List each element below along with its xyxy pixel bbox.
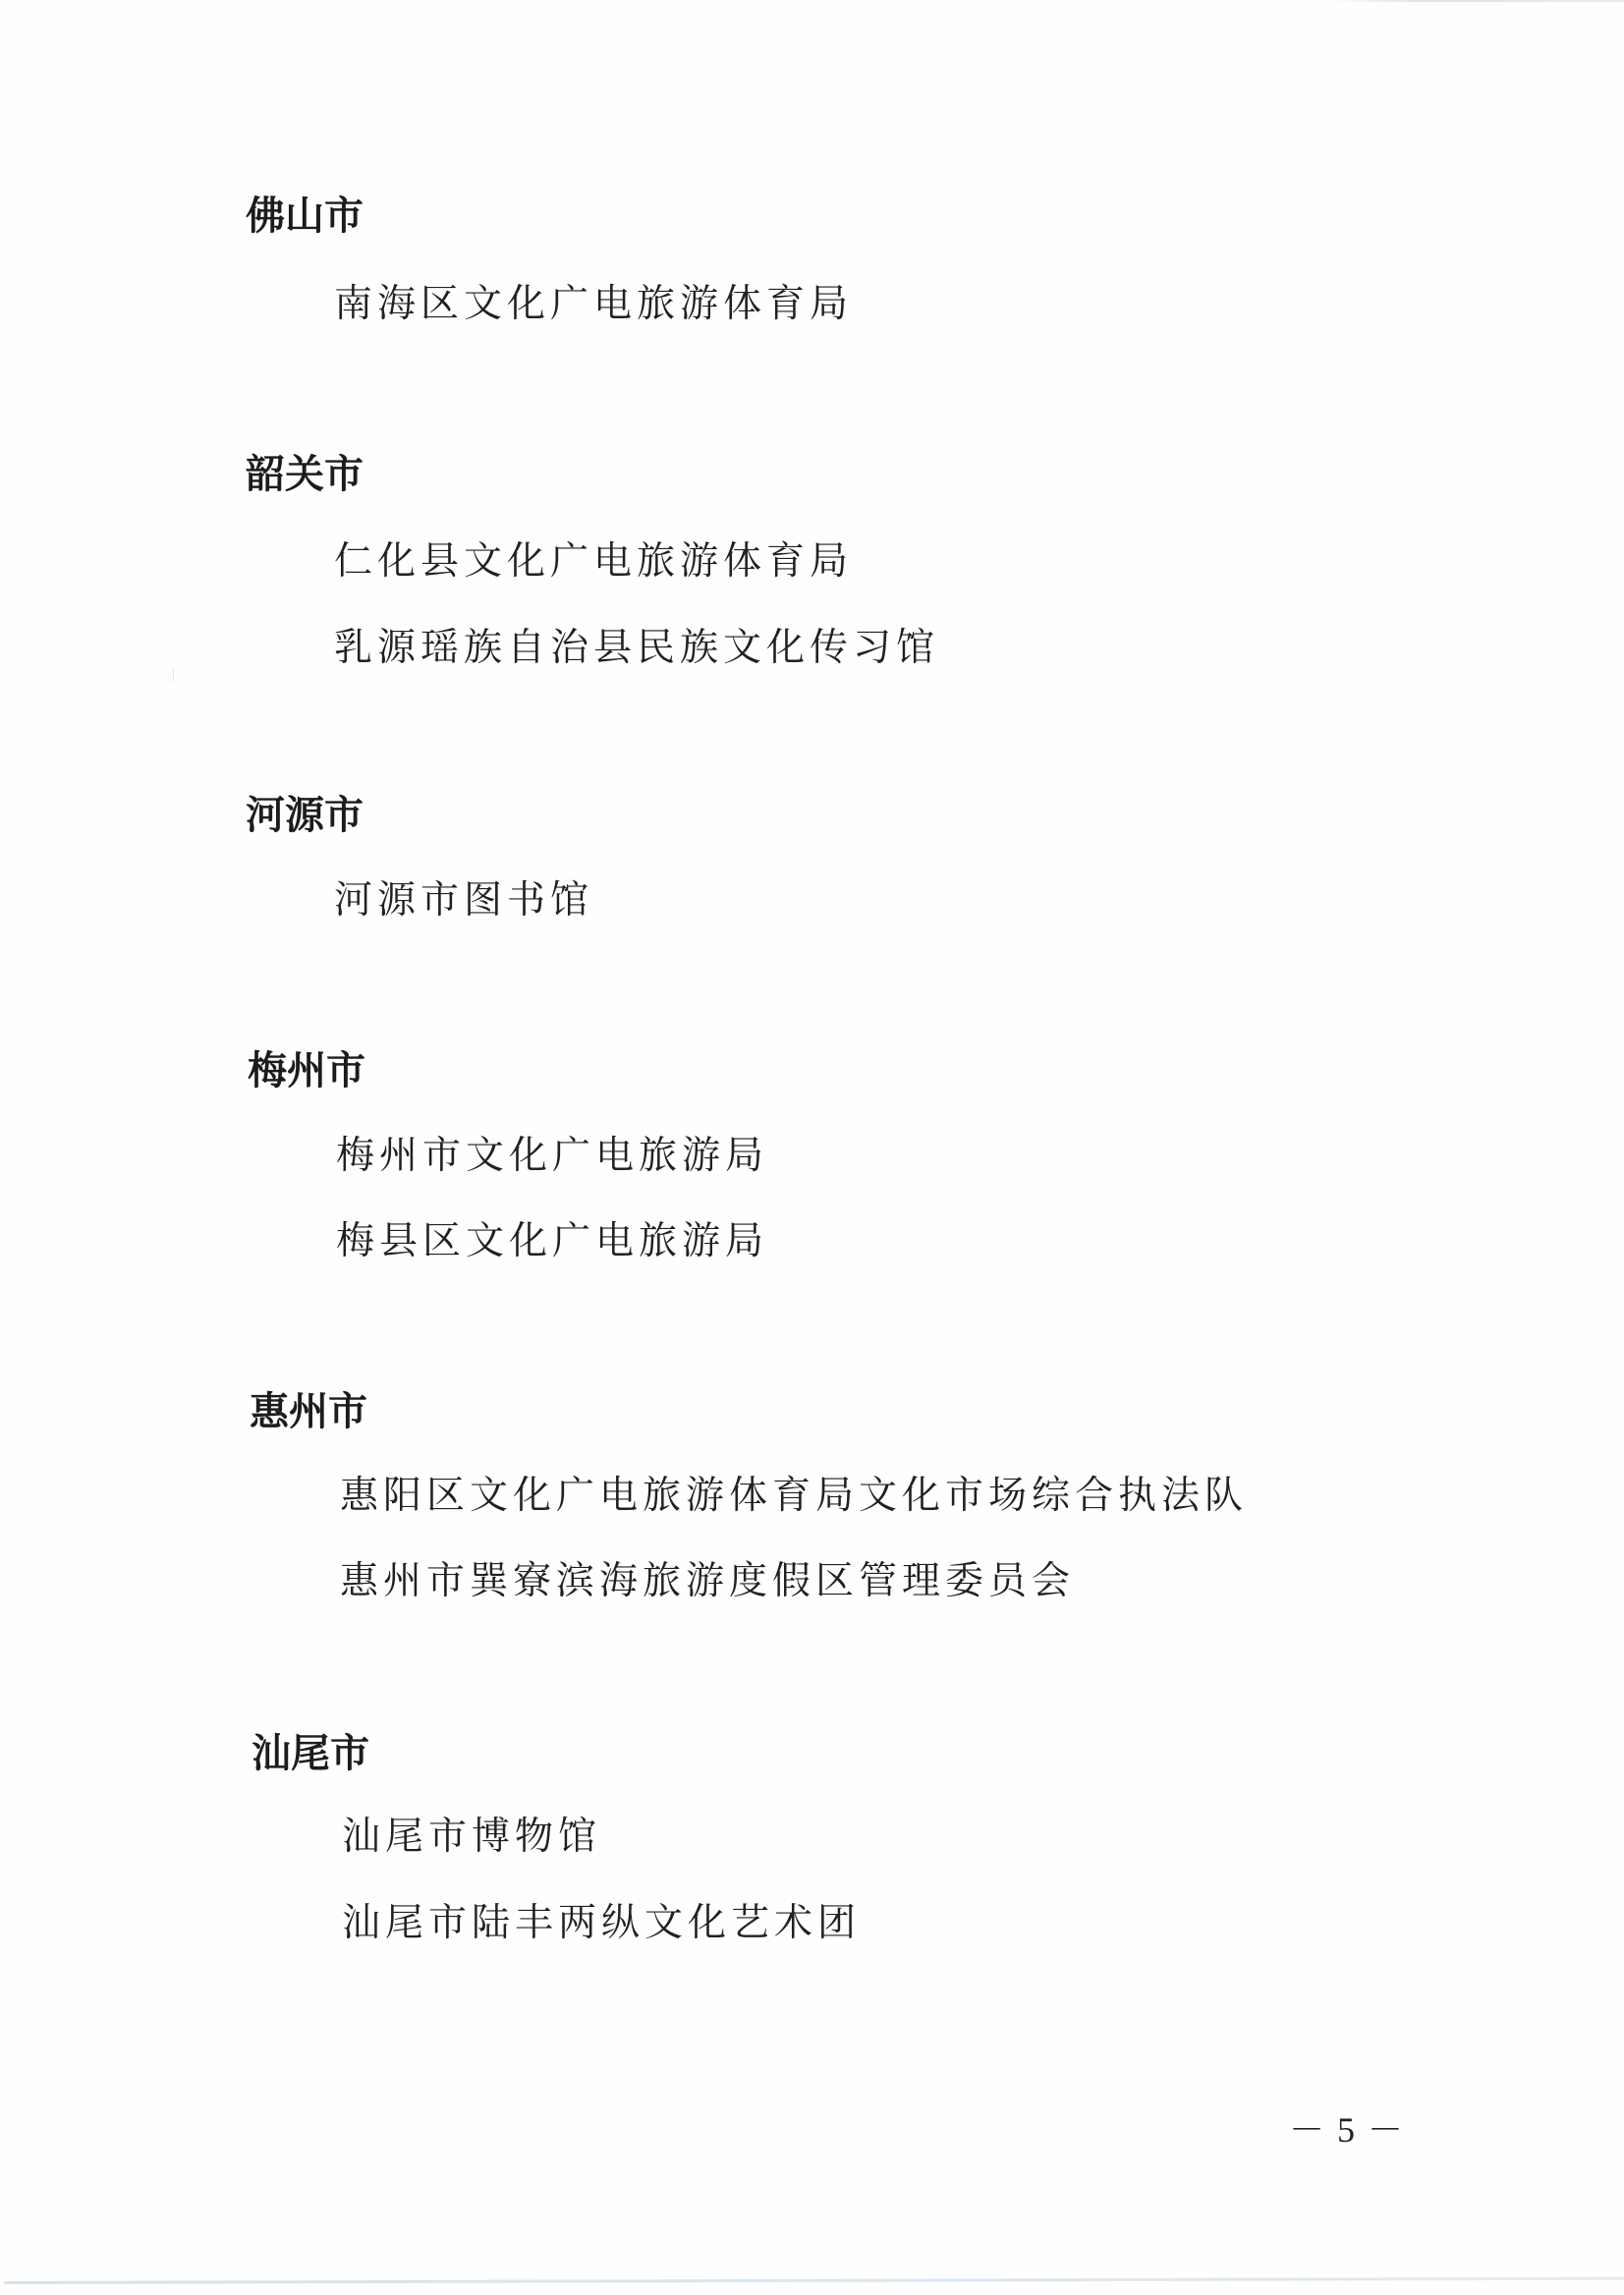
section-heading-foshan: 佛山市 bbox=[246, 193, 364, 240]
document-page: 佛山市 南海区文化广电旅游体育局 韶关市 仁化县文化广电旅游体育局 乳源瑶族自治… bbox=[0, 0, 1624, 2295]
list-item: 南海区文化广电旅游体育局 bbox=[334, 281, 853, 328]
section-heading-heyuan: 河源市 bbox=[246, 792, 364, 839]
list-item: 乳源瑶族自治县民族文化传习馆 bbox=[334, 625, 939, 672]
scan-edge-bottom bbox=[4, 2277, 1624, 2284]
list-item: 梅州市文化广电旅游局 bbox=[336, 1133, 768, 1180]
list-item: 汕尾市博物馆 bbox=[342, 1814, 601, 1861]
section-heading-meizhou: 梅州市 bbox=[248, 1047, 365, 1094]
scan-speck bbox=[173, 668, 174, 682]
list-item: 河源市图书馆 bbox=[334, 877, 593, 924]
scan-edge-top bbox=[1326, 0, 1624, 2]
section-heading-shaoguan: 韶关市 bbox=[246, 451, 364, 498]
list-item: 梅县区文化广电旅游局 bbox=[336, 1218, 768, 1265]
section-heading-huizhou: 惠州市 bbox=[250, 1388, 367, 1435]
list-item: 惠州市巽寮滨海旅游度假区管理委员会 bbox=[340, 1558, 1075, 1605]
page-number: － 5 － bbox=[1289, 2110, 1397, 2150]
list-item: 汕尾市陆丰两纵文化艺术团 bbox=[342, 1900, 861, 1947]
section-heading-shanwei: 汕尾市 bbox=[252, 1730, 369, 1777]
list-item: 仁化县文化广电旅游体育局 bbox=[334, 538, 853, 586]
list-item: 惠阳区文化广电旅游体育局文化市场综合执法队 bbox=[340, 1473, 1248, 1520]
